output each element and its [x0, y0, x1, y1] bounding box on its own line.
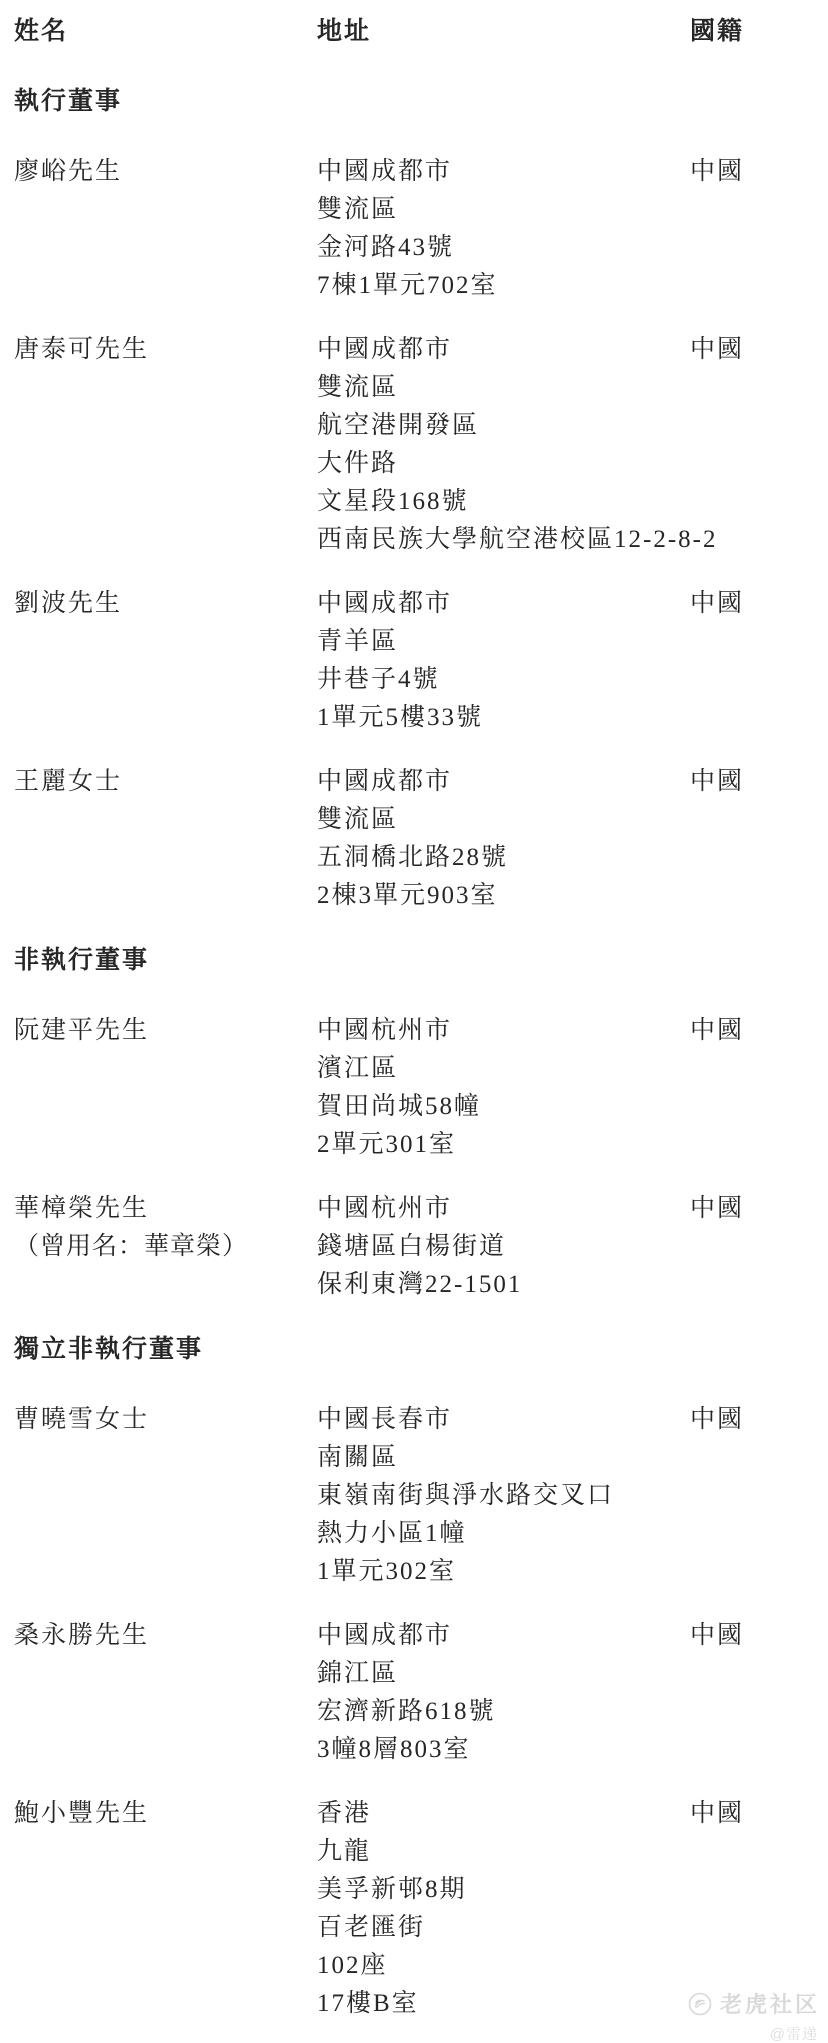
- director-section: 非執行董事 阮建平先生 中國杭州市濱江區賀田尚城58幢2單元301室 中國 華樟…: [14, 941, 814, 1304]
- text-line: 2棟3單元903室: [317, 877, 690, 915]
- text-line: 錢塘區白楊街道: [317, 1228, 690, 1266]
- text-line: 保利東灣22-1501: [317, 1266, 690, 1304]
- director-row: 唐泰可先生 中國成都市雙流區航空港開發區大件路文星段168號西南民族大學航空港校…: [14, 331, 814, 559]
- text-line: 1單元5樓33號: [317, 699, 690, 737]
- director-address: 中國長春市南關區東嶺南街與淨水路交叉口熱力小區1幢1單元302室: [317, 1401, 690, 1591]
- table-header-row: 姓名 地址 國籍: [14, 12, 814, 50]
- director-name: 劉波先生: [14, 585, 317, 623]
- text-line: 曹曉雪女士: [14, 1401, 317, 1439]
- director-name: 王麗女士: [14, 763, 317, 801]
- text-line: 中國成都市: [317, 331, 690, 369]
- column-header-address: 地址: [317, 12, 690, 50]
- director-address: 中國成都市錦江區宏濟新路618號3幢8層803室: [317, 1617, 690, 1769]
- tiger-logo-icon: [688, 1992, 712, 2016]
- director-row: 桑永勝先生 中國成都市錦江區宏濟新路618號3幢8層803室 中國: [14, 1617, 814, 1769]
- director-address: 中國杭州市錢塘區白楊街道保利東灣22-1501: [317, 1190, 690, 1304]
- text-line: 17樓B室: [317, 1985, 690, 2023]
- director-nationality: 中國: [690, 1190, 814, 1228]
- text-line: 中國: [690, 153, 814, 191]
- director-address: 中國成都市雙流區航空港開發區大件路文星段168號西南民族大學航空港校區12-2-…: [317, 331, 690, 559]
- directors-table-body: 執行董事 廖峪先生 中國成都市雙流區金河路43號7棟1單元702室 中國 唐泰可…: [14, 82, 814, 2023]
- text-line: 香港: [317, 1795, 690, 1833]
- director-name: 桑永勝先生: [14, 1617, 317, 1655]
- text-line: 中國: [690, 763, 814, 801]
- prospectus-directors-page: 姓名 地址 國籍 執行董事 廖峪先生 中國成都市雙流區金河路43號7棟1單元70…: [0, 0, 828, 2043]
- text-line: 阮建平先生: [14, 1012, 317, 1050]
- text-line: 熱力小區1幢: [317, 1515, 690, 1553]
- text-line: 中國: [690, 1795, 814, 1833]
- text-line: 百老匯街: [317, 1909, 690, 1947]
- text-line: 中國: [690, 1190, 814, 1228]
- watermark: 老虎社区 @雷递: [688, 1988, 820, 2043]
- text-line: 賀田尚城58幢: [317, 1088, 690, 1126]
- text-line: 雙流區: [317, 369, 690, 407]
- text-line: 南關區: [317, 1439, 690, 1477]
- director-nationality: 中國: [690, 1401, 814, 1439]
- director-nationality: 中國: [690, 1012, 814, 1050]
- text-line: 九龍: [317, 1833, 690, 1871]
- text-line: 美孚新邨8期: [317, 1871, 690, 1909]
- text-line: 廖峪先生: [14, 153, 317, 191]
- text-line: 雙流區: [317, 801, 690, 839]
- section-entries: 阮建平先生 中國杭州市濱江區賀田尚城58幢2單元301室 中國 華樟榮先生（曾用…: [14, 1012, 814, 1304]
- text-line: 中國成都市: [317, 153, 690, 191]
- text-line: 2單元301室: [317, 1126, 690, 1164]
- director-name: 廖峪先生: [14, 153, 317, 191]
- text-line: 文星段168號: [317, 483, 690, 521]
- text-line: 中國成都市: [317, 585, 690, 623]
- text-line: 中國: [690, 1401, 814, 1439]
- director-nationality: 中國: [690, 1617, 814, 1655]
- text-line: 中國: [690, 1012, 814, 1050]
- director-name: 阮建平先生: [14, 1012, 317, 1050]
- text-line: 王麗女士: [14, 763, 317, 801]
- director-address: 中國杭州市濱江區賀田尚城58幢2單元301室: [317, 1012, 690, 1164]
- text-line: 井巷子4號: [317, 661, 690, 699]
- text-line: 7棟1單元702室: [317, 267, 690, 305]
- text-line: （曾用名：華章榮）: [14, 1228, 317, 1266]
- text-line: 航空港開發區: [317, 407, 690, 445]
- text-line: 中國成都市: [317, 763, 690, 801]
- director-row: 廖峪先生 中國成都市雙流區金河路43號7棟1單元702室 中國: [14, 153, 814, 305]
- director-nationality: 中國: [690, 331, 814, 369]
- text-line: 中國杭州市: [317, 1012, 690, 1050]
- director-address: 中國成都市雙流區五洞橋北路28號2棟3單元903室: [317, 763, 690, 915]
- director-address: 中國成都市雙流區金河路43號7棟1單元702室: [317, 153, 690, 305]
- director-row: 王麗女士 中國成都市雙流區五洞橋北路28號2棟3單元903室 中國: [14, 763, 814, 915]
- section-entries: 曹曉雪女士 中國長春市南關區東嶺南街與淨水路交叉口熱力小區1幢1單元302室 中…: [14, 1401, 814, 2023]
- director-section: 執行董事 廖峪先生 中國成都市雙流區金河路43號7棟1單元702室 中國 唐泰可…: [14, 82, 814, 915]
- text-line: 中國成都市: [317, 1617, 690, 1655]
- watermark-brand-row: 老虎社区: [688, 1988, 820, 2019]
- text-line: 中國: [690, 331, 814, 369]
- section-title: 非執行董事: [14, 941, 814, 979]
- text-line: 3幢8層803室: [317, 1731, 690, 1769]
- director-nationality: 中國: [690, 585, 814, 623]
- text-line: 金河路43號: [317, 229, 690, 267]
- text-line: 濱江區: [317, 1050, 690, 1088]
- text-line: 雙流區: [317, 191, 690, 229]
- text-line: 宏濟新路618號: [317, 1693, 690, 1731]
- text-line: 西南民族大學航空港校區12-2-8-2: [317, 521, 690, 559]
- section-title: 執行董事: [14, 82, 814, 120]
- section-entries: 廖峪先生 中國成都市雙流區金河路43號7棟1單元702室 中國 唐泰可先生 中國…: [14, 153, 814, 915]
- text-line: 102座: [317, 1947, 690, 1985]
- text-line: 華樟榮先生: [14, 1190, 317, 1228]
- text-line: 中國: [690, 1617, 814, 1655]
- director-nationality: 中國: [690, 763, 814, 801]
- text-line: 大件路: [317, 445, 690, 483]
- director-row: 華樟榮先生（曾用名：華章榮） 中國杭州市錢塘區白楊街道保利東灣22-1501 中…: [14, 1190, 814, 1304]
- director-nationality: 中國: [690, 1795, 814, 1833]
- director-address: 中國成都市青羊區井巷子4號1單元5樓33號: [317, 585, 690, 737]
- director-name: 唐泰可先生: [14, 331, 317, 369]
- director-name: 曹曉雪女士: [14, 1401, 317, 1439]
- director-row: 曹曉雪女士 中國長春市南關區東嶺南街與淨水路交叉口熱力小區1幢1單元302室 中…: [14, 1401, 814, 1591]
- director-address: 香港九龍美孚新邨8期百老匯街102座17樓B室: [317, 1795, 690, 2023]
- text-line: 1單元302室: [317, 1553, 690, 1591]
- director-row: 劉波先生 中國成都市青羊區井巷子4號1單元5樓33號 中國: [14, 585, 814, 737]
- text-line: 唐泰可先生: [14, 331, 317, 369]
- director-nationality: 中國: [690, 153, 814, 191]
- director-name: 華樟榮先生（曾用名：華章榮）: [14, 1190, 317, 1266]
- watermark-brand: 老虎社区: [720, 1988, 820, 2019]
- text-line: 劉波先生: [14, 585, 317, 623]
- text-line: 中國長春市: [317, 1401, 690, 1439]
- text-line: 中國杭州市: [317, 1190, 690, 1228]
- text-line: 錦江區: [317, 1655, 690, 1693]
- director-row: 阮建平先生 中國杭州市濱江區賀田尚城58幢2單元301室 中國: [14, 1012, 814, 1164]
- text-line: 鮑小豐先生: [14, 1795, 317, 1833]
- column-header-name: 姓名: [14, 12, 317, 50]
- text-line: 中國: [690, 585, 814, 623]
- text-line: 桑永勝先生: [14, 1617, 317, 1655]
- text-line: 青羊區: [317, 623, 690, 661]
- text-line: 五洞橋北路28號: [317, 839, 690, 877]
- section-title: 獨立非執行董事: [14, 1330, 814, 1368]
- column-header-nationality: 國籍: [690, 12, 814, 50]
- text-line: 東嶺南街與淨水路交叉口: [317, 1477, 690, 1515]
- watermark-handle: @雷递: [688, 2023, 820, 2043]
- director-section: 獨立非執行董事 曹曉雪女士 中國長春市南關區東嶺南街與淨水路交叉口熱力小區1幢1…: [14, 1330, 814, 2023]
- director-name: 鮑小豐先生: [14, 1795, 317, 1833]
